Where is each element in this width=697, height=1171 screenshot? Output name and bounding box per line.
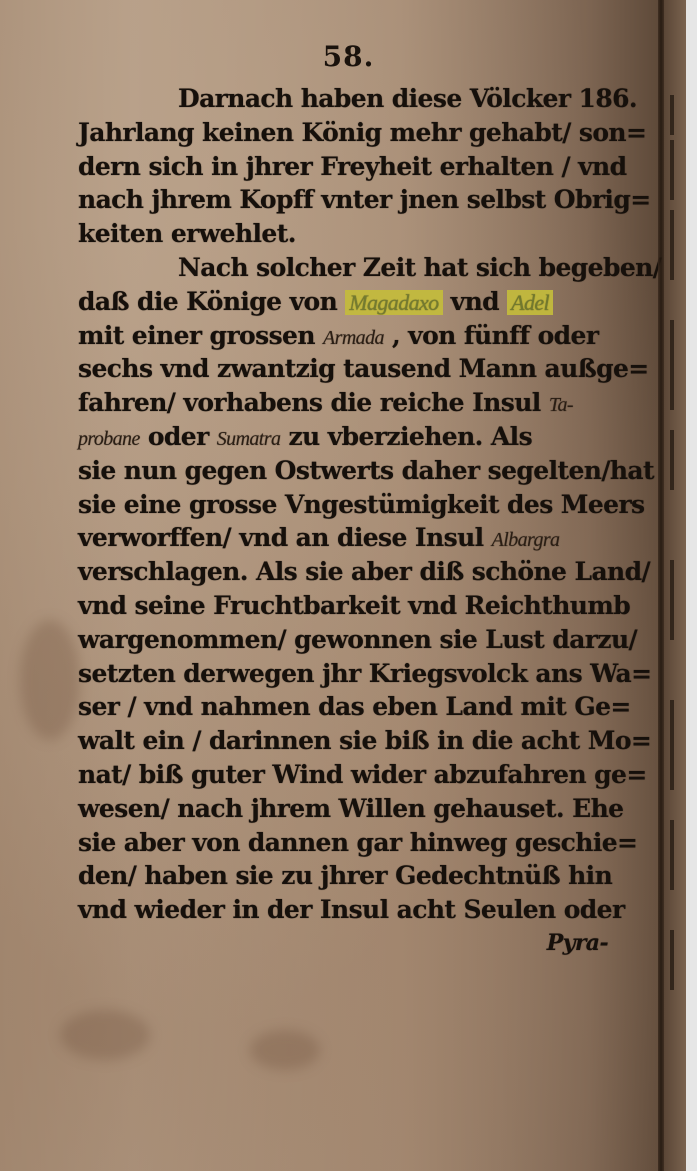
text-line: sie eine grosse Vngestümigkeit des Meers [78, 488, 648, 522]
paper-stain [20, 620, 80, 740]
paper-stain [250, 1030, 320, 1070]
text-line: wargenommen/ gewonnen sie Lust darzu/ [78, 623, 648, 657]
text-line: Nach solcher Zeit hat sich begeben/ [78, 251, 648, 285]
text-run: nach jhrem Kopff vnter jnen selbst Obrig… [78, 185, 651, 214]
text-line: mit einer grossen Armada , von fünff ode… [78, 319, 648, 353]
text-run: fahren/ vorhabens die reiche Insul [78, 388, 549, 417]
text-run: nat/ biß guter Wind wider abzufahren ge= [78, 760, 647, 789]
text-line: dern sich in jhrer Freyheit erhalten / v… [78, 150, 648, 184]
text-run: keiten erwehlet. [78, 219, 296, 248]
text-run: daß die Könige von [78, 287, 345, 316]
book-page: 58. Darnach haben diese Völcker 186.Jahr… [0, 0, 668, 1171]
text-run: verschlagen. Als sie aber diß schöne Lan… [78, 557, 650, 586]
catchword: Pyra- [78, 927, 648, 961]
text-run: dern sich in jhrer Freyheit erhalten / v… [78, 152, 627, 181]
text-line: wesen/ nach jhrem Willen gehauset. Ehe [78, 792, 648, 826]
text-run: sie nun gegen Ostwerts daher segelten/ha… [78, 456, 654, 485]
adjacent-page-edge [664, 0, 686, 1171]
text-run: zu vberziehen. Als [280, 422, 532, 451]
text-run: oder [140, 422, 217, 451]
text-run: sechs vnd zwantzig tausend Mann außge= [78, 354, 649, 383]
latin-term: Sumatra [217, 428, 281, 450]
text-run: ser / vnd nahmen das eben Land mit Ge= [78, 692, 631, 721]
text-run: wargenommen/ gewonnen sie Lust darzu/ [78, 625, 637, 654]
text-line: verworffen/ vnd an diese Insul Albargra [78, 521, 648, 555]
text-line: sie aber von dannen gar hinweg geschie= [78, 826, 648, 860]
paper-stain [60, 1010, 150, 1060]
text-line: den/ haben sie zu jhrer Gedechtnüß hin [78, 859, 648, 893]
text-line: keiten erwehlet. [78, 217, 648, 251]
highlighted-term: Magadaxo [345, 290, 442, 315]
text-run: setzten derwegen jhr Kriegsvolck ans Wa= [78, 659, 651, 688]
text-run: Jahrlang keinen König mehr gehabt/ son= [78, 118, 646, 147]
text-line: walt ein / darinnen sie biß in die acht … [78, 724, 648, 758]
text-run: den/ haben sie zu jhrer Gedechtnüß hin [78, 861, 612, 890]
text-line: fahren/ vorhabens die reiche Insul Ta- [78, 386, 648, 420]
text-line: sechs vnd zwantzig tausend Mann außge= [78, 352, 648, 386]
text-line: nat/ biß guter Wind wider abzufahren ge= [78, 758, 648, 792]
text-run: verworffen/ vnd an diese Insul [78, 523, 492, 552]
text-run: , von fünff oder [384, 321, 599, 350]
latin-term: Armada [323, 327, 384, 349]
text-line: vnd seine Fruchtbarkeit vnd Reichthumb [78, 589, 648, 623]
text-run: vnd [443, 287, 508, 316]
latin-term: probane [78, 428, 140, 450]
text-line: daß die Könige von Magadaxo vnd Adel [78, 285, 648, 319]
text-line: nach jhrem Kopff vnter jnen selbst Obrig… [78, 183, 648, 217]
text-line: ser / vnd nahmen das eben Land mit Ge= [78, 690, 648, 724]
text-run: Darnach haben diese Völcker 186. [178, 84, 637, 113]
text-run: Nach solcher Zeit hat sich begeben/ [178, 253, 661, 282]
latin-term: Albargra [492, 529, 560, 551]
text-line: Darnach haben diese Völcker 186. [78, 82, 648, 116]
text-line: setzten derwegen jhr Kriegsvolck ans Wa= [78, 657, 648, 691]
text-run: sie eine grosse Vngestümigkeit des Meers [78, 490, 645, 519]
page-body-text: Darnach haben diese Völcker 186.Jahrlang… [78, 82, 648, 961]
text-line: vnd wieder in der Insul acht Seulen oder [78, 893, 648, 927]
text-run: wesen/ nach jhrem Willen gehauset. Ehe [78, 794, 623, 823]
text-line: sie nun gegen Ostwerts daher segelten/ha… [78, 454, 648, 488]
text-line: Jahrlang keinen König mehr gehabt/ son= [78, 116, 648, 150]
text-run: vnd seine Fruchtbarkeit vnd Reichthumb [78, 591, 630, 620]
latin-term: Ta- [549, 394, 573, 416]
text-run: sie aber von dannen gar hinweg geschie= [78, 828, 637, 857]
text-line: verschlagen. Als sie aber diß schöne Lan… [78, 555, 648, 589]
text-line: probane oder Sumatra zu vberziehen. Als [78, 420, 648, 454]
text-run: mit einer grossen [78, 321, 323, 350]
page-number: 58. [0, 40, 697, 73]
highlighted-term: Adel [507, 290, 553, 315]
text-run: walt ein / darinnen sie biß in die acht … [78, 726, 651, 755]
text-run: vnd wieder in der Insul acht Seulen oder [78, 895, 625, 924]
